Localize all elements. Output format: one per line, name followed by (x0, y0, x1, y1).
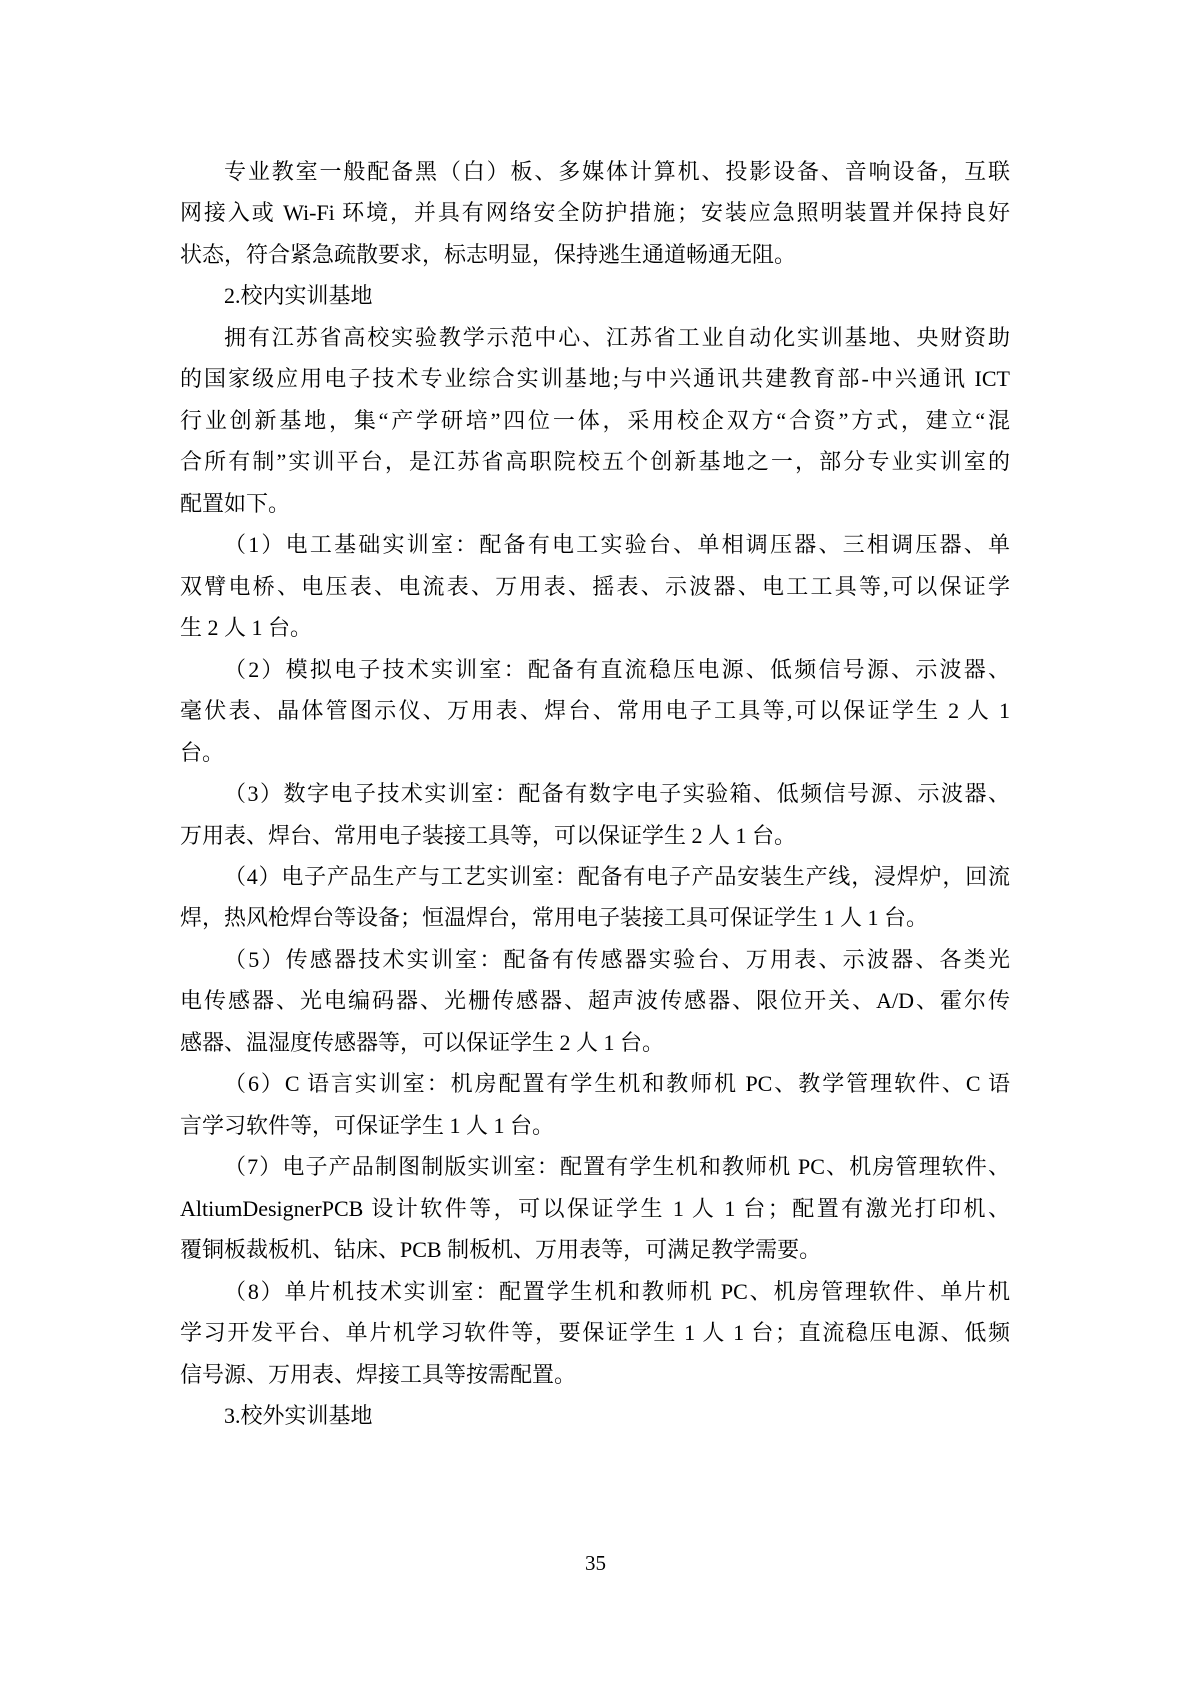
text-line: 感器、温湿度传感器等，可以保证学生 2 人 1 台。 (180, 1022, 1010, 1063)
text-line: 状态，符合紧急疏散要求，标志明显，保持逃生通道畅通无阻。 (180, 234, 1010, 275)
text-line: 万用表、焊台、常用电子装接工具等，可以保证学生 2 人 1 台。 (180, 815, 1010, 856)
text-line: 的国家级应用电子技术专业综合实训基地;与中兴通讯共建教育部-中兴通讯 ICT (180, 358, 1010, 399)
text-line: 配置如下。 (180, 483, 1010, 524)
text-line: 电传感器、光电编码器、光栅传感器、超声波传感器、限位开关、A/D、霍尔传 (180, 980, 1010, 1021)
text-line: 合所有制”实训平台，是江苏省高职院校五个创新基地之一，部分专业实训室的 (180, 441, 1010, 482)
document-body: 专业教室一般配备黑（白）板、多媒体计算机、投影设备、音响设备，互联网接入或 Wi… (180, 151, 1010, 1437)
text-line: 网接入或 Wi-Fi 环境，并具有网络安全防护措施；安装应急照明装置并保持良好 (180, 192, 1010, 233)
page-number: 35 (0, 1549, 1191, 1577)
text-line: AltiumDesignerPCB 设计软件等，可以保证学生 1 人 1 台；配… (180, 1188, 1010, 1229)
text-line: 学习开发平台、单片机学习软件等，要保证学生 1 人 1 台；直流稳压电源、低频 (180, 1312, 1010, 1353)
text-line: 生 2 人 1 台。 (180, 607, 1010, 648)
text-line: 毫伏表、晶体管图示仪、万用表、焊台、常用电子工具等,可以保证学生 2 人 1 (180, 690, 1010, 731)
text-line: 焊，热风枪焊台等设备；恒温焊台，常用电子装接工具可保证学生 1 人 1 台。 (180, 897, 1010, 938)
text-line: 3.校外实训基地 (180, 1395, 1010, 1436)
document-page: 专业教室一般配备黑（白）板、多媒体计算机、投影设备、音响设备，互联网接入或 Wi… (0, 0, 1191, 1684)
text-line: （3）数字电子技术实训室：配备有数字电子实验箱、低频信号源、示波器、 (180, 773, 1010, 814)
text-line: （5）传感器技术实训室：配备有传感器实验台、万用表、示波器、各类光 (180, 939, 1010, 980)
text-line: （6）C 语言实训室：机房配置有学生机和教师机 PC、教学管理软件、C 语 (180, 1063, 1010, 1104)
text-line: （7）电子产品制图制版实训室：配置有学生机和教师机 PC、机房管理软件、 (180, 1146, 1010, 1187)
text-line: 行业创新基地，集“产学研培”四位一体，采用校企双方“合资”方式，建立“混 (180, 400, 1010, 441)
text-line: 专业教室一般配备黑（白）板、多媒体计算机、投影设备、音响设备，互联 (180, 151, 1010, 192)
text-line: （8）单片机技术实训室：配置学生机和教师机 PC、机房管理软件、单片机 (180, 1271, 1010, 1312)
text-line: （2）模拟电子技术实训室：配备有直流稳压电源、低频信号源、示波器、 (180, 649, 1010, 690)
text-line: 信号源、万用表、焊接工具等按需配置。 (180, 1354, 1010, 1395)
text-line: 2.校内实训基地 (180, 275, 1010, 316)
text-line: 台。 (180, 732, 1010, 773)
text-line: 言学习软件等，可保证学生 1 人 1 台。 (180, 1105, 1010, 1146)
text-line: 双臂电桥、电压表、电流表、万用表、摇表、示波器、电工工具等,可以保证学 (180, 566, 1010, 607)
text-line: （1）电工基础实训室：配备有电工实验台、单相调压器、三相调压器、单 (180, 524, 1010, 565)
text-line: 拥有江苏省高校实验教学示范中心、江苏省工业自动化实训基地、央财资助 (180, 317, 1010, 358)
text-line: 覆铜板裁板机、钻床、PCB 制板机、万用表等，可满足教学需要。 (180, 1229, 1010, 1270)
text-line: （4）电子产品生产与工艺实训室：配备有电子产品安装生产线，浸焊炉，回流 (180, 856, 1010, 897)
